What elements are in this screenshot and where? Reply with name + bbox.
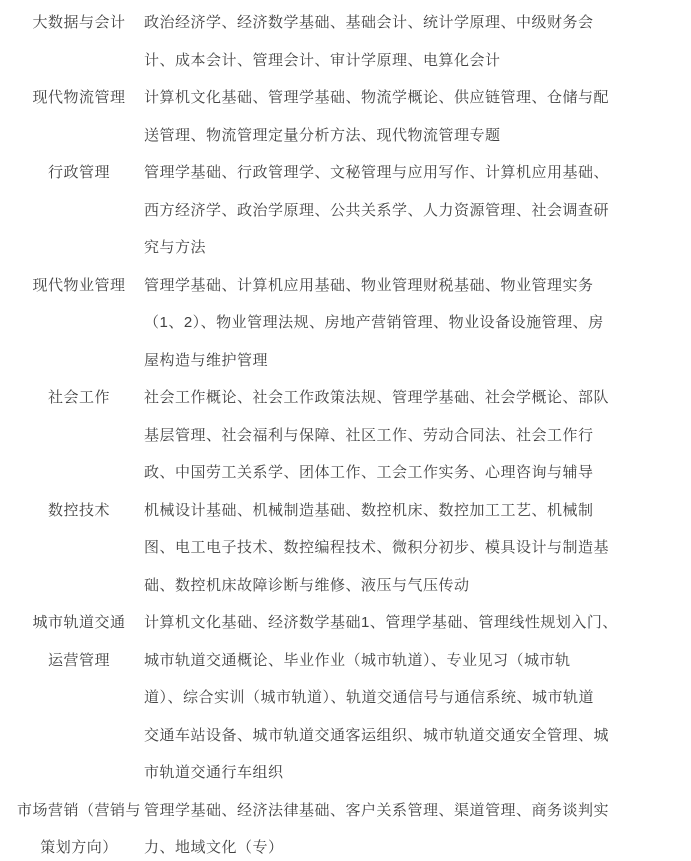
course-line: 机械设计基础、机械制造基础、数控机床、数控加工工艺、机械制 — [144, 492, 691, 530]
course-line: 交通车站设备、城市轨道交通客运组织、城市轨道交通安全管理、城 — [144, 717, 691, 755]
major-name-cell: 行政管理 — [0, 154, 144, 192]
course-line: 计算机文化基础、经济数学基础1、管理学基础、管理线性规划入门、 — [144, 604, 691, 642]
major-course-table: 大数据与会计 政治经济学、经济数学基础、基础会计、统计学原理、中级财务会 计、成… — [0, 0, 691, 861]
course-list-cell: 社会工作概论、社会工作政策法规、管理学基础、社会学概论、部队 基层管理、社会福利… — [144, 379, 691, 492]
major-name-line: 市场营销（营销与 — [14, 792, 144, 830]
course-line: 基层管理、社会福利与保障、社区工作、劳动合同法、社会工作行 — [144, 417, 691, 455]
course-line: 道）、综合实训（城市轨道）、轨道交通信号与通信系统、城市轨道 — [144, 679, 691, 717]
course-line: 屋构造与维护管理 — [144, 342, 691, 380]
table-row: 社会工作 社会工作概论、社会工作政策法规、管理学基础、社会学概论、部队 基层管理… — [0, 379, 691, 492]
course-line: 管理学基础、经济法律基础、客户关系管理、渠道管理、商务谈判实 — [144, 792, 691, 830]
course-list-cell: 机械设计基础、机械制造基础、数控机床、数控加工工艺、机械制 图、电工电子技术、数… — [144, 492, 691, 605]
table-row: 城市轨道交通 运营管理 计算机文化基础、经济数学基础1、管理学基础、管理线性规划… — [0, 604, 691, 792]
table-row: 现代物流管理 计算机文化基础、管理学基础、物流学概论、供应链管理、仓储与配 送管… — [0, 79, 691, 154]
table-row: 行政管理 管理学基础、行政管理学、文秘管理与应用写作、计算机应用基础、 西方经济… — [0, 154, 691, 267]
course-list-cell: 计算机文化基础、经济数学基础1、管理学基础、管理线性规划入门、 城市轨道交通概论… — [144, 604, 691, 792]
major-name-line: 策划方向） — [14, 829, 144, 861]
major-name-line: 城市轨道交通 — [14, 604, 144, 642]
major-name-cell: 现代物业管理 — [0, 267, 144, 305]
course-line: 社会工作概论、社会工作政策法规、管理学基础、社会学概论、部队 — [144, 379, 691, 417]
course-list-cell: 管理学基础、行政管理学、文秘管理与应用写作、计算机应用基础、 西方经济学、政治学… — [144, 154, 691, 267]
course-line: 究与方法 — [144, 229, 691, 267]
course-line: （1、2）、物业管理法规、房地产营销管理、物业设备设施管理、房 — [144, 304, 691, 342]
course-line: 计、成本会计、管理会计、审计学原理、电算化会计 — [144, 42, 691, 80]
table-row: 大数据与会计 政治经济学、经济数学基础、基础会计、统计学原理、中级财务会 计、成… — [0, 4, 691, 79]
major-name-line: 运营管理 — [14, 642, 144, 680]
major-name-line: 现代物流管理 — [14, 79, 144, 117]
course-list-cell: 管理学基础、计算机应用基础、物业管理财税基础、物业管理实务 （1、2）、物业管理… — [144, 267, 691, 380]
course-line: 计算机文化基础、管理学基础、物流学概论、供应链管理、仓储与配 — [144, 79, 691, 117]
course-line: 管理学基础、计算机应用基础、物业管理财税基础、物业管理实务 — [144, 267, 691, 305]
major-name-line: 行政管理 — [14, 154, 144, 192]
major-name-line: 数控技术 — [14, 492, 144, 530]
course-line: 城市轨道交通概论、毕业作业（城市轨道）、专业见习（城市轨 — [144, 642, 691, 680]
major-name-line: 大数据与会计 — [14, 4, 144, 42]
major-name-cell: 现代物流管理 — [0, 79, 144, 117]
course-list-cell: 管理学基础、经济法律基础、客户关系管理、渠道管理、商务谈判实 力、地域文化（专） — [144, 792, 691, 861]
major-name-line: 社会工作 — [14, 379, 144, 417]
course-list-cell: 计算机文化基础、管理学基础、物流学概论、供应链管理、仓储与配 送管理、物流管理定… — [144, 79, 691, 154]
major-name-cell: 城市轨道交通 运营管理 — [0, 604, 144, 679]
major-name-cell: 大数据与会计 — [0, 4, 144, 42]
course-line: 力、地域文化（专） — [144, 829, 691, 861]
table-row: 市场营销（营销与 策划方向） 管理学基础、经济法律基础、客户关系管理、渠道管理、… — [0, 792, 691, 861]
major-name-cell: 数控技术 — [0, 492, 144, 530]
major-name-line: 现代物业管理 — [14, 267, 144, 305]
course-line: 市轨道交通行车组织 — [144, 754, 691, 792]
course-line: 西方经济学、政治学原理、公共关系学、人力资源管理、社会调查研 — [144, 192, 691, 230]
course-line: 管理学基础、行政管理学、文秘管理与应用写作、计算机应用基础、 — [144, 154, 691, 192]
major-name-cell: 社会工作 — [0, 379, 144, 417]
course-line: 政治经济学、经济数学基础、基础会计、统计学原理、中级财务会 — [144, 4, 691, 42]
course-list-cell: 政治经济学、经济数学基础、基础会计、统计学原理、中级财务会 计、成本会计、管理会… — [144, 4, 691, 79]
course-line: 送管理、物流管理定量分析方法、现代物流管理专题 — [144, 117, 691, 155]
course-line: 政、中国劳工关系学、团体工作、工会工作实务、心理咨询与辅导 — [144, 454, 691, 492]
course-line: 础、数控机床故障诊断与维修、液压与气压传动 — [144, 567, 691, 605]
major-name-cell: 市场营销（营销与 策划方向） — [0, 792, 144, 861]
course-line: 图、电工电子技术、数控编程技术、微积分初步、模具设计与制造基 — [144, 529, 691, 567]
table-row: 现代物业管理 管理学基础、计算机应用基础、物业管理财税基础、物业管理实务 （1、… — [0, 267, 691, 380]
table-row: 数控技术 机械设计基础、机械制造基础、数控机床、数控加工工艺、机械制 图、电工电… — [0, 492, 691, 605]
